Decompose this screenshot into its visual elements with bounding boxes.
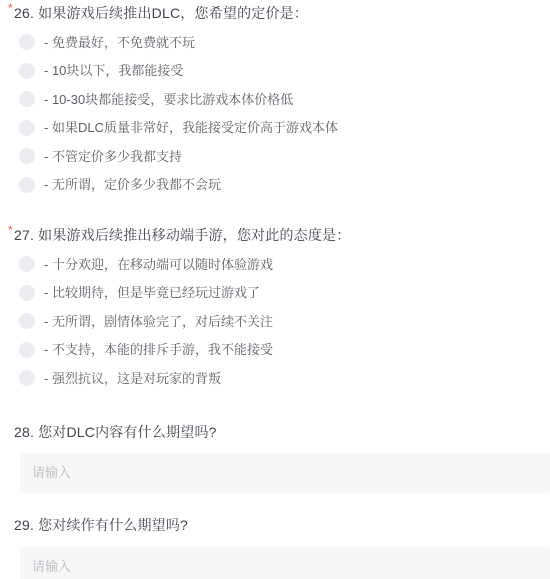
radio-button-icon[interactable] xyxy=(19,34,35,50)
option-label: - 10块以下，我都能接受 xyxy=(44,62,183,79)
required-asterisk-icon: * xyxy=(8,2,13,14)
survey-form: *26.如果游戏后续推出DLC，您希望的定价是： - 免费最好，不免费就不玩 -… xyxy=(0,4,550,579)
options-group: - 免费最好，不免费就不玩 - 10块以下，我都能接受 - 10-30块都能接受… xyxy=(0,28,550,199)
question-number: 29. xyxy=(14,517,34,533)
radio-button-icon[interactable] xyxy=(19,285,35,301)
question-text: 您对DLC内容有什么期望吗? xyxy=(38,424,217,440)
radio-button-icon[interactable] xyxy=(19,256,35,272)
question-28: 28.您对DLC内容有什么期望吗? xyxy=(0,423,550,493)
question-title: 29.您对续作有什么期望吗? xyxy=(14,516,550,534)
question-number: 26. xyxy=(14,5,34,21)
sequel-expectation-input[interactable] xyxy=(20,547,550,579)
option-label: - 强烈抗议，这是对玩家的背叛 xyxy=(44,370,221,387)
option-label: - 不管定价多少我都支持 xyxy=(44,148,182,165)
option-label: - 比较期待，但是毕竟已经玩过游戏了 xyxy=(44,284,260,301)
question-27: *27.如果游戏后续推出移动端手游，您对此的态度是： - 十分欢迎，在移动端可以… xyxy=(0,226,550,393)
question-title: *27.如果游戏后续推出移动端手游，您对此的态度是： xyxy=(14,226,550,244)
option-label: - 如果DLC质量非常好，我能接受定价高于游戏本体 xyxy=(44,119,338,136)
option-label: - 不支持，本能的排斥手游，我不能接受 xyxy=(44,341,273,358)
option-label: - 无所谓，定价多少我都不会玩 xyxy=(44,176,221,193)
radio-option[interactable]: - 10-30块都能接受，要求比游戏本体价格低 xyxy=(0,85,550,114)
radio-button-icon[interactable] xyxy=(19,313,35,329)
question-29: 29.您对续作有什么期望吗? xyxy=(0,516,550,579)
radio-option[interactable]: - 十分欢迎，在移动端可以随时体验游戏 xyxy=(0,250,550,279)
question-26: *26.如果游戏后续推出DLC，您希望的定价是： - 免费最好，不免费就不玩 -… xyxy=(0,4,550,199)
question-text: 您对续作有什么期望吗? xyxy=(38,517,188,533)
radio-option[interactable]: - 强烈抗议，这是对玩家的背叛 xyxy=(0,364,550,393)
option-label: - 免费最好，不免费就不玩 xyxy=(44,34,195,51)
radio-option[interactable]: - 比较期待，但是毕竟已经玩过游戏了 xyxy=(0,279,550,308)
option-label: - 十分欢迎，在移动端可以随时体验游戏 xyxy=(44,256,273,273)
radio-option[interactable]: - 免费最好，不免费就不玩 xyxy=(0,28,550,57)
radio-button-icon[interactable] xyxy=(19,148,35,164)
question-title: 28.您对DLC内容有什么期望吗? xyxy=(14,423,550,441)
radio-option[interactable]: - 不支持，本能的排斥手游，我不能接受 xyxy=(0,336,550,365)
question-text: 如果游戏后续推出DLC，您希望的定价是： xyxy=(38,5,308,21)
question-title: *26.如果游戏后续推出DLC，您希望的定价是： xyxy=(14,4,550,22)
option-label: - 无所谓，剧情体验完了，对后续不关注 xyxy=(44,313,273,330)
radio-option[interactable]: - 如果DLC质量非常好，我能接受定价高于游戏本体 xyxy=(0,114,550,143)
radio-option[interactable]: - 不管定价多少我都支持 xyxy=(0,142,550,171)
option-label: - 10-30块都能接受，要求比游戏本体价格低 xyxy=(44,91,293,108)
radio-option[interactable]: - 10块以下，我都能接受 xyxy=(0,57,550,86)
dlc-expectation-input[interactable] xyxy=(20,453,550,493)
radio-option[interactable]: - 无所谓，定价多少我都不会玩 xyxy=(0,171,550,200)
radio-button-icon[interactable] xyxy=(19,177,35,193)
options-group: - 十分欢迎，在移动端可以随时体验游戏 - 比较期待，但是毕竟已经玩过游戏了 -… xyxy=(0,250,550,393)
radio-button-icon[interactable] xyxy=(19,342,35,358)
radio-option[interactable]: - 无所谓，剧情体验完了，对后续不关注 xyxy=(0,307,550,336)
required-asterisk-icon: * xyxy=(8,224,13,236)
radio-button-icon[interactable] xyxy=(19,370,35,386)
question-number: 28. xyxy=(14,424,34,440)
question-number: 27. xyxy=(14,227,34,243)
radio-button-icon[interactable] xyxy=(19,63,35,79)
radio-button-icon[interactable] xyxy=(19,91,35,107)
radio-button-icon[interactable] xyxy=(19,120,35,136)
question-text: 如果游戏后续推出移动端手游，您对此的态度是： xyxy=(38,227,350,243)
